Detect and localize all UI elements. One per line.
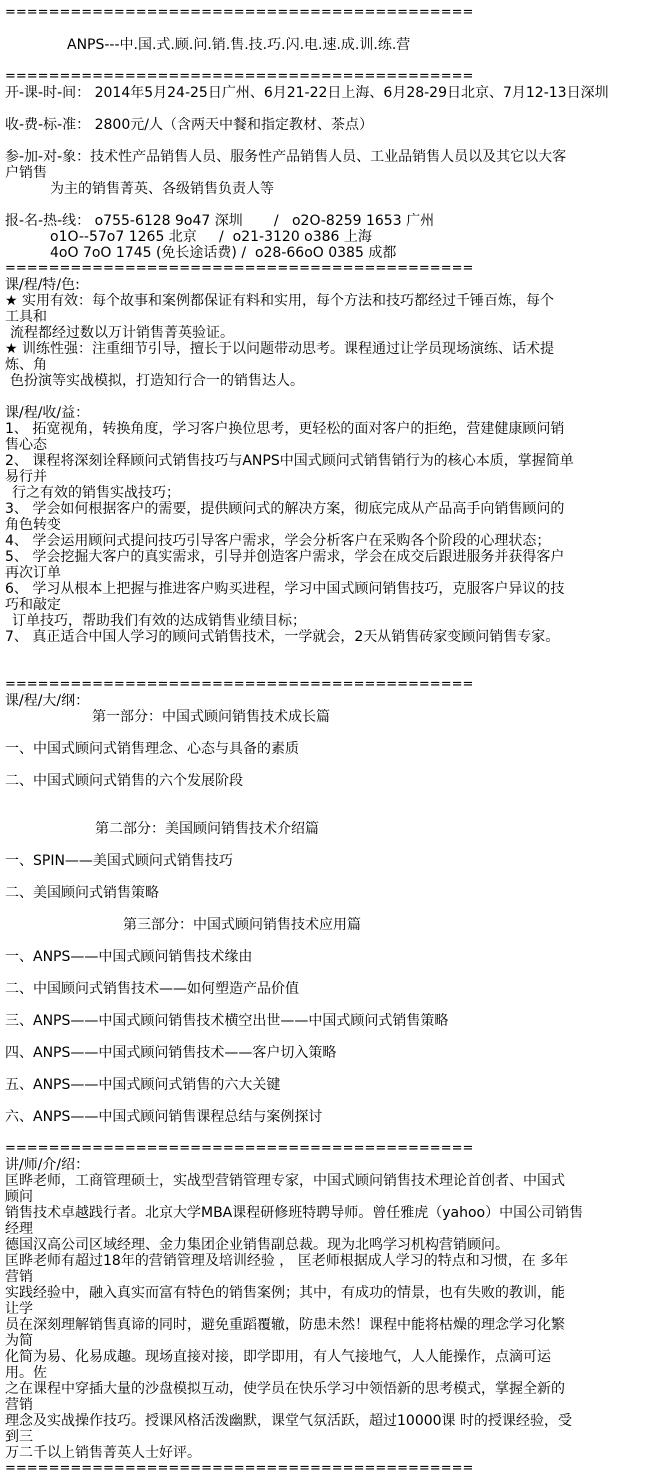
hotline-line: 4oO 7oO 1745 (免长途话费) / o28-66oO 0385 成都 [5, 245, 660, 261]
instructor-line: 经理 [5, 1221, 660, 1237]
audience-line: 为主的销售菁英、各级销售负责人等 [5, 181, 660, 197]
benefit-line: 巧和敲定 [5, 597, 660, 613]
feature-line: 色扮演等实战模拟，打造知行合一的销售达人。 [5, 373, 660, 389]
blank-line [5, 997, 660, 1013]
feature-line: ★ 训练性强：注重细节引导，擅长于以问题带动思考。课程通过让学员现场演练、话术提 [5, 341, 660, 357]
instructor-line: 营销 [5, 1269, 660, 1285]
outline-item: 一、ANPS——中国式顾问销售技术缘由 [5, 949, 660, 965]
audience-line: 户销售 [5, 165, 660, 181]
instructor-line: 德国汉高公司区域经理、金力集团企业销售副总裁。现为北鸣学习机构营销顾问。 [5, 1237, 660, 1253]
hotline-line: 报-名-热-线： o755-6128 9o47 深圳 / o2O-8259 16… [5, 213, 660, 229]
instructor-line: 用。佐 [5, 1365, 660, 1381]
blank-line [5, 789, 660, 805]
instructor-line: 万二千以上销售菁英人士好评。 [5, 1445, 660, 1461]
instructor-line: 顾问 [5, 1189, 660, 1205]
section-heading-features: 课/程/特/色: [5, 277, 660, 293]
benefit-line: 1、 拓宽视角，转换角度，学习客户换位思考，更轻松的面对客户的拒绝，营建健康顾问… [5, 421, 660, 437]
outline-item: 二、美国顾问式销售策略 [5, 885, 660, 901]
outline-item: 五、ANPS——中国式顾问式销售的六大关键 [5, 1077, 660, 1093]
feature-line: 流程都经过数以万计销售菁英验证。 [5, 325, 660, 341]
blank-line [5, 757, 660, 773]
blank-line [5, 965, 660, 981]
benefit-line: 6、 学习从根本上把握与推进客户购买进程，学习中国式顾问销售技巧，克服客户异议的… [5, 581, 660, 597]
blank-line [5, 869, 660, 885]
blank-line [5, 933, 660, 949]
separator-line: ========================================… [5, 1141, 660, 1157]
instructor-line: 营销 [5, 1397, 660, 1413]
benefit-line: 3、 学会如何根据客户的需要，提供顾问式的解决方案，彻底完成从产品高手向销售顾问… [5, 501, 660, 517]
instructor-line: 到三 [5, 1429, 660, 1445]
feature-line: 工具和 [5, 309, 660, 325]
feature-line: 炼、角 [5, 357, 660, 373]
outline-part-1-heading: 第一部分：中国式顾问销售技术成长篇 [5, 709, 660, 725]
email-document: ========================================… [0, 0, 662, 1477]
audience-line: 参-加-对-象：技术性产品销售人员、服务性产品销售人员、工业品销售人员以及其它以… [5, 149, 660, 165]
benefit-line: 易行并 [5, 469, 660, 485]
blank-line [5, 1029, 660, 1045]
instructor-line: 员在深刻理解销售真谛的同时，避免重蹈覆辙，防患未然！课程中能将枯燥的理念学习化繁 [5, 1317, 660, 1333]
schedule-line: 开-课-时-间： 2014年5月24-25日广州、6月21-22日上海、6月28… [5, 85, 660, 101]
course-title: ANPS---中.国.式.顾.问.销.售.技.巧.闪.电.速.成.训.练.营 [5, 37, 660, 53]
outline-part-3-heading: 第三部分：中国式顾问销售技术应用篇 [5, 917, 660, 933]
blank-line [5, 101, 660, 117]
instructor-line: 为简 [5, 1333, 660, 1349]
blank-line [5, 197, 660, 213]
instructor-line: 匡晔老师，工商管理硕士，实战型营销管理专家，中国式顾问销售技术理论首创者、中国式 [5, 1173, 660, 1189]
outline-item: 四、ANPS——中国式顾问销售技术——客户切入策略 [5, 1045, 660, 1061]
blank-line [5, 21, 660, 37]
outline-part-2-heading: 第二部分：美国顾问销售技术介绍篇 [5, 821, 660, 837]
section-heading-instructor: 讲/师/介/绍： [5, 1157, 660, 1173]
outline-item: 三、ANPS——中国式顾问销售技术横空出世——中国式顾问式销售策略 [5, 1013, 660, 1029]
instructor-line: 之在课程中穿插大量的沙盘模拟互动，使学员在快乐学习中领悟新的思考模式，掌握全新的 [5, 1381, 660, 1397]
blank-line [5, 725, 660, 741]
separator-line: ========================================… [5, 69, 660, 85]
benefit-line: 2、 课程将深刻诠释顾问式销售技巧与ANPS中国式顾问式销售销行为的核心本质，掌… [5, 453, 660, 469]
instructor-line: 实践经验中，融入真实而富有特色的销售案例；其中，有成功的情景，也有失败的教训，能 [5, 1285, 660, 1301]
blank-line [5, 837, 660, 853]
separator-line: ========================================… [5, 677, 660, 693]
benefit-line: 售心态 [5, 437, 660, 453]
separator-line: ========================================… [5, 261, 660, 277]
instructor-line: 让学 [5, 1301, 660, 1317]
outline-item: 二、中国顾问式销售技术——如何塑造产品价值 [5, 981, 660, 997]
separator-line: ========================================… [5, 1461, 660, 1477]
section-heading-benefits: 课/程/收/益： [5, 405, 660, 421]
benefit-line: 行之有效的销售实战技巧； [5, 485, 660, 501]
feature-line: ★ 实用有效：每个故事和案例都保证有料和实用，每个方法和技巧都经过千锤百炼，每个 [5, 293, 660, 309]
instructor-line: 销售技术卓越践行者。北京大学MBA课程研修班特聘导师。曾任雅虎（yahoo）中国… [5, 1205, 660, 1221]
outline-item: 二、中国式顾问式销售的六个发展阶段 [5, 773, 660, 789]
benefit-line: 再次订单 [5, 565, 660, 581]
blank-line [5, 389, 660, 405]
blank-line [5, 645, 660, 661]
benefit-line: 5、 学会挖掘大客户的真实需求，引导并创造客户需求，学会在成交后跟进服务并获得客… [5, 549, 660, 565]
blank-line [5, 901, 660, 917]
instructor-line: 化简为易、化易成趣。现场直接对接，即学即用，有人气接地气，人人能操作，点滴可运 [5, 1349, 660, 1365]
blank-line [5, 1125, 660, 1141]
blank-line [5, 1093, 660, 1109]
outline-item: 一、SPIN——美国式顾问式销售技巧 [5, 853, 660, 869]
benefit-line: 角色转变 [5, 517, 660, 533]
separator-line: ========================================… [5, 5, 660, 21]
fee-line: 收-费-标-准： 2800元/人（含两天中餐和指定教材、茶点） [5, 117, 660, 133]
instructor-line: 匡晔老师有超过18年的营销管理及培训经验 ， 匡老师根据成人学习的特点和习惯，在… [5, 1253, 660, 1269]
section-heading-outline: 课/程/大/纲： [5, 693, 660, 709]
benefit-line: 订单技巧，帮助我们有效的达成销售业绩目标； [5, 613, 660, 629]
blank-line [5, 805, 660, 821]
blank-line [5, 1061, 660, 1077]
blank-line [5, 133, 660, 149]
benefit-line: 4、 学会运用顾问式提问技巧引导客户需求，学会分析客户在采购各个阶段的心理状态； [5, 533, 660, 549]
blank-line [5, 53, 660, 69]
instructor-line: 理念及实战操作技巧。授课风格活泼幽默，课堂气氛活跃，超过10000课 时的授课经… [5, 1413, 660, 1429]
blank-line [5, 661, 660, 677]
hotline-line: o1O--57o7 1265 北京 / o21-3120 o386 上海 [5, 229, 660, 245]
outline-item: 六、ANPS——中国式顾问销售课程总结与案例探讨 [5, 1109, 660, 1125]
benefit-line: 7、 真正适合中国人学习的顾问式销售技术，一学就会，2天从销售砖家变顾问销售专家… [5, 629, 660, 645]
outline-item: 一、中国式顾问式销售理念、心态与具备的素质 [5, 741, 660, 757]
